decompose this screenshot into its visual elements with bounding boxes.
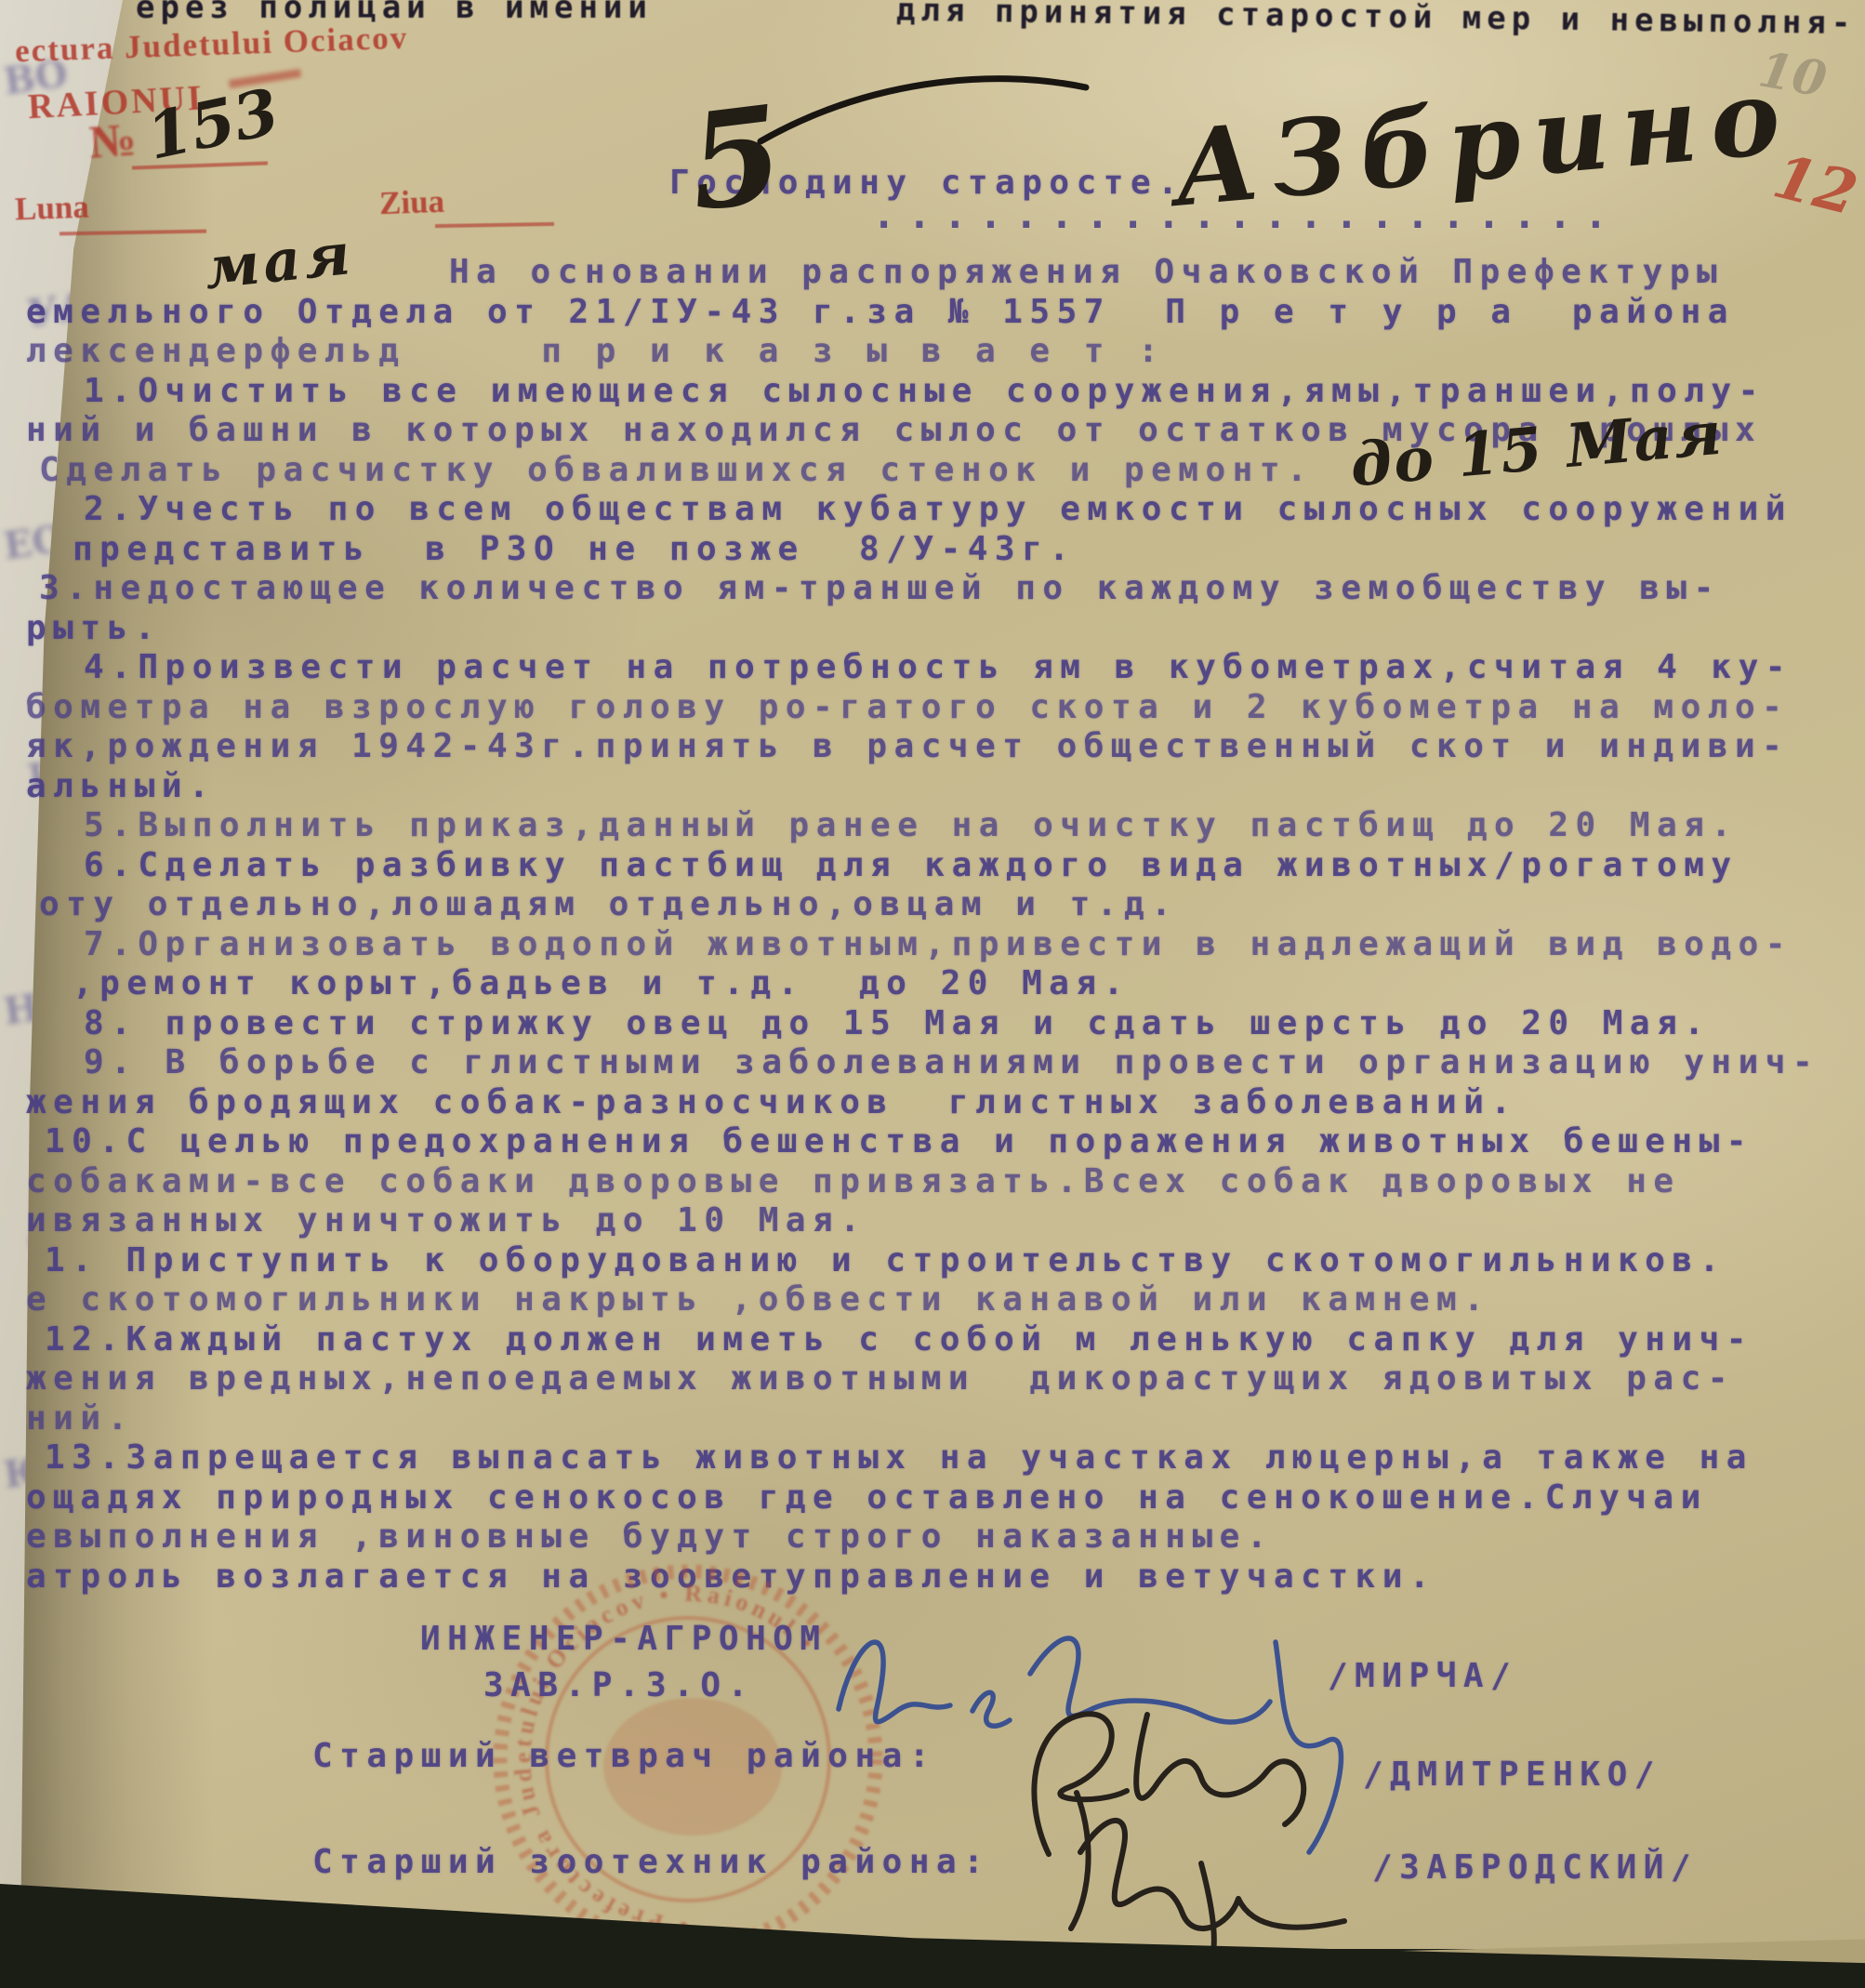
handwritten-day: 5 xyxy=(681,77,790,242)
typed-line: собаками-все собаки дворовые привязать.В… xyxy=(26,1162,1848,1202)
typed-line: бометра на взрослую голову ро-гатого ско… xyxy=(26,688,1848,728)
typed-line: представить в РЗО не позже 8/У-43г. xyxy=(26,530,1848,570)
signer-name-zabrodsky: /ЗАБРОДСКИЙ/ xyxy=(1372,1849,1698,1887)
typed-line: е скотомогильники накрыть ,обвести канав… xyxy=(26,1280,1848,1320)
signer-role-senior-zootech: Старший зоотехник района: xyxy=(312,1843,990,1881)
signer-name-dmitrenko: /ДМИТРЕНКО/ xyxy=(1363,1756,1661,1794)
typed-line: 1. Приступить к оборудованию и строитель… xyxy=(26,1241,1848,1281)
signer-name-mircha: /МИРЧА/ xyxy=(1328,1657,1517,1695)
typed-line: альный. xyxy=(26,767,1848,807)
typed-line: 8. провести стрижку овец до 15 Мая и сда… xyxy=(26,1004,1848,1044)
typed-line: 12.Каждый пастух должен иметь с собой м … xyxy=(26,1320,1848,1360)
typed-line: ивязанных уничтожить до 10 Мая. xyxy=(26,1201,1848,1241)
typed-line: як,рождения 1942-43г.принять в расчет об… xyxy=(26,727,1848,767)
typed-line: лексендерфельд п р и к а з ы в а е т : xyxy=(26,332,1848,372)
typed-line: 13.Запрещается выпасать животных на учас… xyxy=(26,1438,1848,1478)
stamp-month-label: Luna xyxy=(14,189,89,229)
typed-line: емельного Отдела от 21/IУ-43 г.за № 1557… xyxy=(26,293,1848,333)
typed-line: жения вредных,непоедаемых животными дико… xyxy=(26,1359,1848,1399)
pencil-corner-number: 10 xyxy=(1754,41,1831,109)
signer-role-senior-vet: Старший ветврач района: xyxy=(312,1737,936,1775)
typed-line: ний. xyxy=(26,1399,1848,1439)
typed-line: 2.Учесть по всем обществам кубатуру емко… xyxy=(26,490,1848,530)
typed-line: 9. В борьбе с глистными заболеваниями пр… xyxy=(26,1043,1848,1083)
stamp-number-symbol: № xyxy=(87,112,138,168)
signer-role-agronomist: ИНЖЕНЕР-АГРОНОМ xyxy=(420,1620,827,1658)
cutoff-typed-fragment: для принятия старостой мер и невыполня- xyxy=(896,0,1857,42)
typed-line: оту отдельно,лошадям отдельно,овцам и т.… xyxy=(26,885,1848,925)
typed-line: 7.Организовать водопой животным,привести… xyxy=(26,925,1848,965)
scanned-document-photo: ВОУАЕОРЗНООМЮ ерез полицаи в имении для … xyxy=(0,0,1865,1988)
typed-line: 5.Выполнить приказ,данный ранее на очист… xyxy=(26,806,1848,846)
typed-line: 1.Очистить все имеющиеся сылосные сооруж… xyxy=(26,372,1848,412)
typed-line: 4.Произвести расчет на потребность ям в … xyxy=(26,648,1848,688)
typed-line: 3.недостающее количество ям-траншей по к… xyxy=(26,569,1848,609)
typed-line: ощадях природных сенокосов где оставлено… xyxy=(26,1478,1848,1518)
typed-line: евыполнения ,виновные будут строго наказ… xyxy=(26,1518,1848,1557)
typed-line: 6.Сделать разбивку пастбищ для каждого в… xyxy=(26,846,1848,886)
signer-role-rzo-head: ЗАВ.Р.З.О. xyxy=(483,1666,755,1704)
typed-line: жения бродящих собак-разносчиков глистны… xyxy=(26,1083,1848,1123)
stamp-day-label: Ziua xyxy=(378,183,444,222)
typed-line: 10.С целью предохранения бешенства и пор… xyxy=(26,1122,1848,1162)
typed-line: ,ремонт корыт,бадьев и т.д. до 20 Мая. xyxy=(26,964,1848,1004)
typed-line: рыть. xyxy=(26,609,1848,649)
typed-line: атроль возлагается на зооветуправление и… xyxy=(26,1557,1848,1597)
